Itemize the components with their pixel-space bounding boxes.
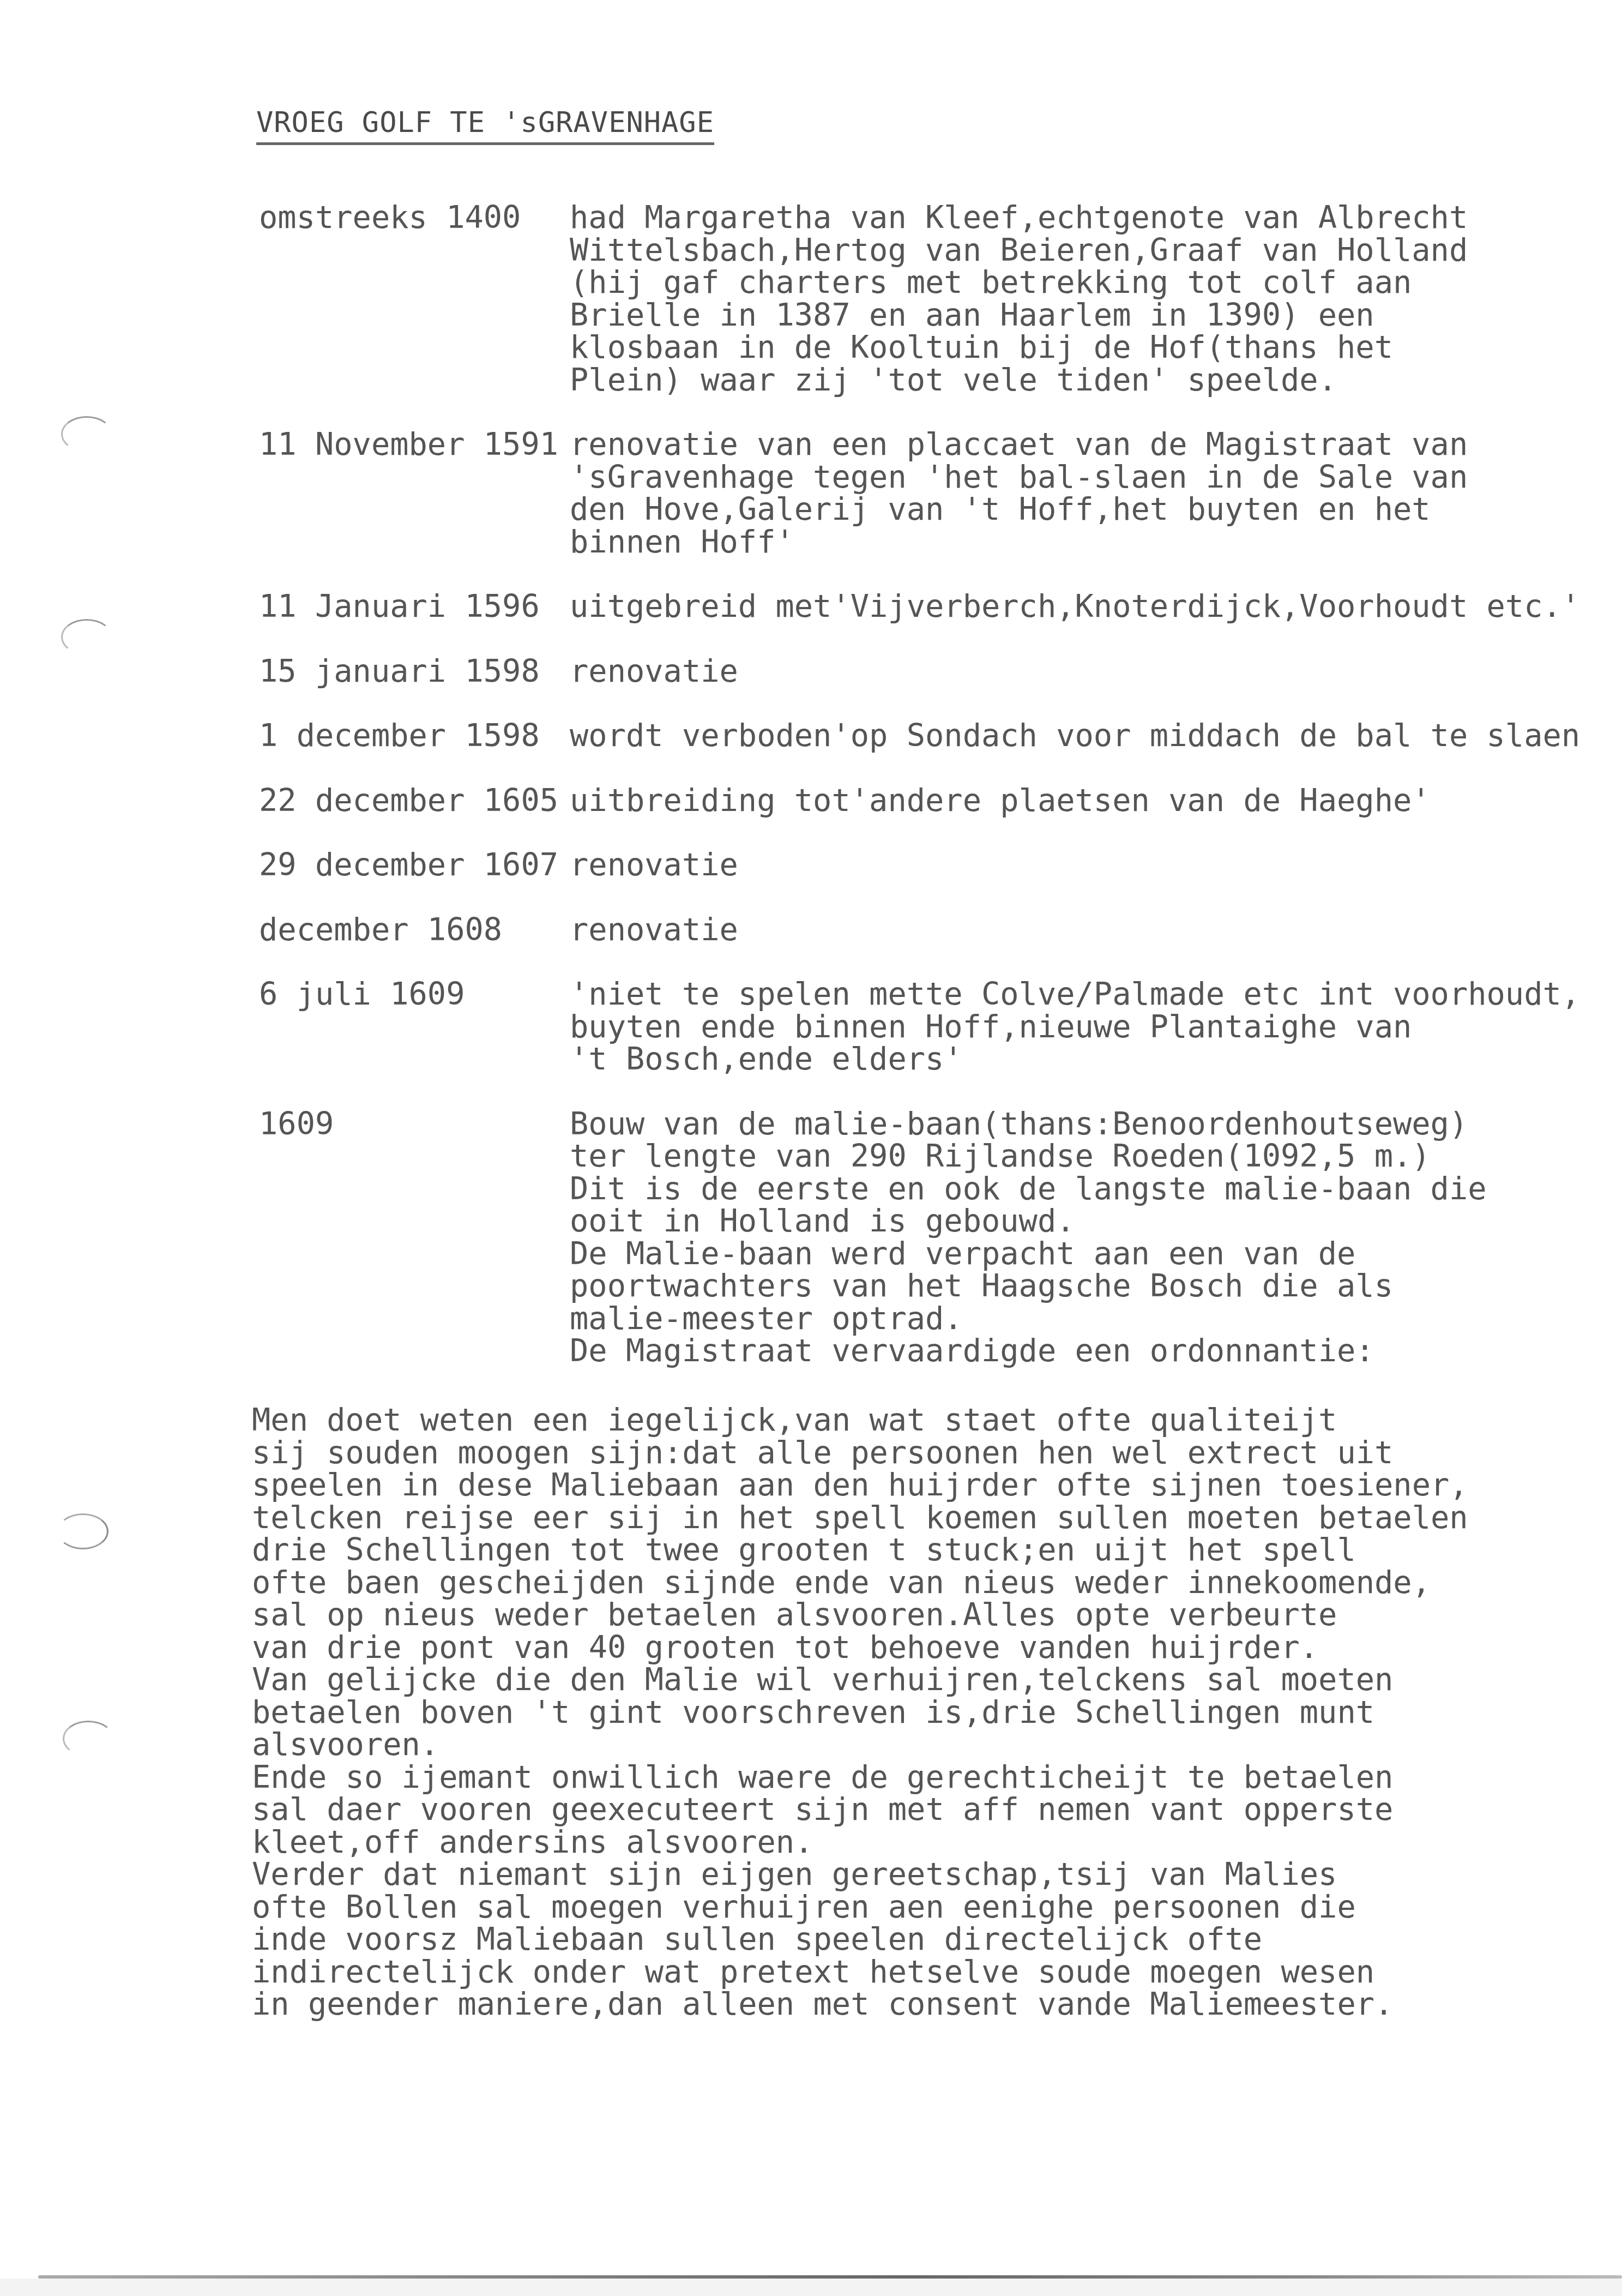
entry-text: wordt verboden'op Sondach voor middach d… [570,720,1622,753]
entry-text: 'niet te spelen mette Colve/Palmade etc … [570,978,1622,1076]
entry-date: 11 Januari 1596 [259,591,570,623]
ordinance-text: Men doet weten een iegelijck,van wat sta… [252,1404,1468,2021]
scanned-page: VROEG GOLF TE 'sGRAVENHAGE omstreeks 140… [0,0,1622,2296]
entry-text: Bouw van de malie-baan(thans:Benoordenho… [570,1108,1622,1368]
chronology-entry: december 1608 renovatie [259,914,1622,947]
entry-date: december 1608 [259,914,570,947]
chronology-entry: 1 december 1598 wordt verboden'op Sondac… [259,720,1622,753]
chronology-list: omstreeks 1400 had Margaretha van Kleef,… [259,202,1622,1368]
entry-text: had Margaretha van Kleef,echtgenote van … [570,202,1622,396]
punch-hole-mark [63,1721,114,1757]
entry-text: uitbreiding tot'andere plaetsen van de H… [570,785,1622,818]
chronology-entry: 22 december 1605 uitbreiding tot'andere … [259,785,1622,818]
chronology-entry: omstreeks 1400 had Margaretha van Kleef,… [259,202,1622,396]
entry-text: renovatie [570,914,1622,947]
chronology-entry: 15 januari 1598 renovatie [259,656,1622,688]
document-title: VROEG GOLF TE 'sGRAVENHAGE [256,106,714,145]
punch-hole-mark [61,619,112,655]
entry-text: renovatie [570,656,1622,688]
entry-date: 29 december 1607 [259,849,570,882]
entry-date: 1609 [259,1108,570,1368]
chronology-entry: 11 Januari 1596 uitgebreid met'Vijverber… [259,591,1622,623]
punch-hole-mark [61,416,112,452]
chronology-entry: 29 december 1607 renovatie [259,849,1622,882]
entry-text: uitgebreid met'Vijverberch,Knoterdijck,V… [570,591,1622,623]
entry-date: 11 November 1591 [259,429,570,558]
entry-date: 1 december 1598 [259,720,570,753]
entry-date: omstreeks 1400 [259,202,570,396]
chronology-entry: 11 November 1591 renovatie van een placc… [259,429,1622,558]
entry-date: 22 december 1605 [259,785,570,818]
entry-text: renovatie van een placcaet van de Magist… [570,429,1622,558]
entry-date: 15 januari 1598 [259,656,570,688]
chronology-entry: 6 juli 1609 'niet te spelen mette Colve/… [259,978,1622,1076]
entry-date: 6 juli 1609 [259,978,570,1076]
chronology-entry: 1609 Bouw van de malie-baan(thans:Benoor… [259,1108,1622,1368]
scan-background-strip [0,2279,1622,2296]
entry-text: renovatie [570,849,1622,882]
punch-hole-mark [57,1513,108,1549]
